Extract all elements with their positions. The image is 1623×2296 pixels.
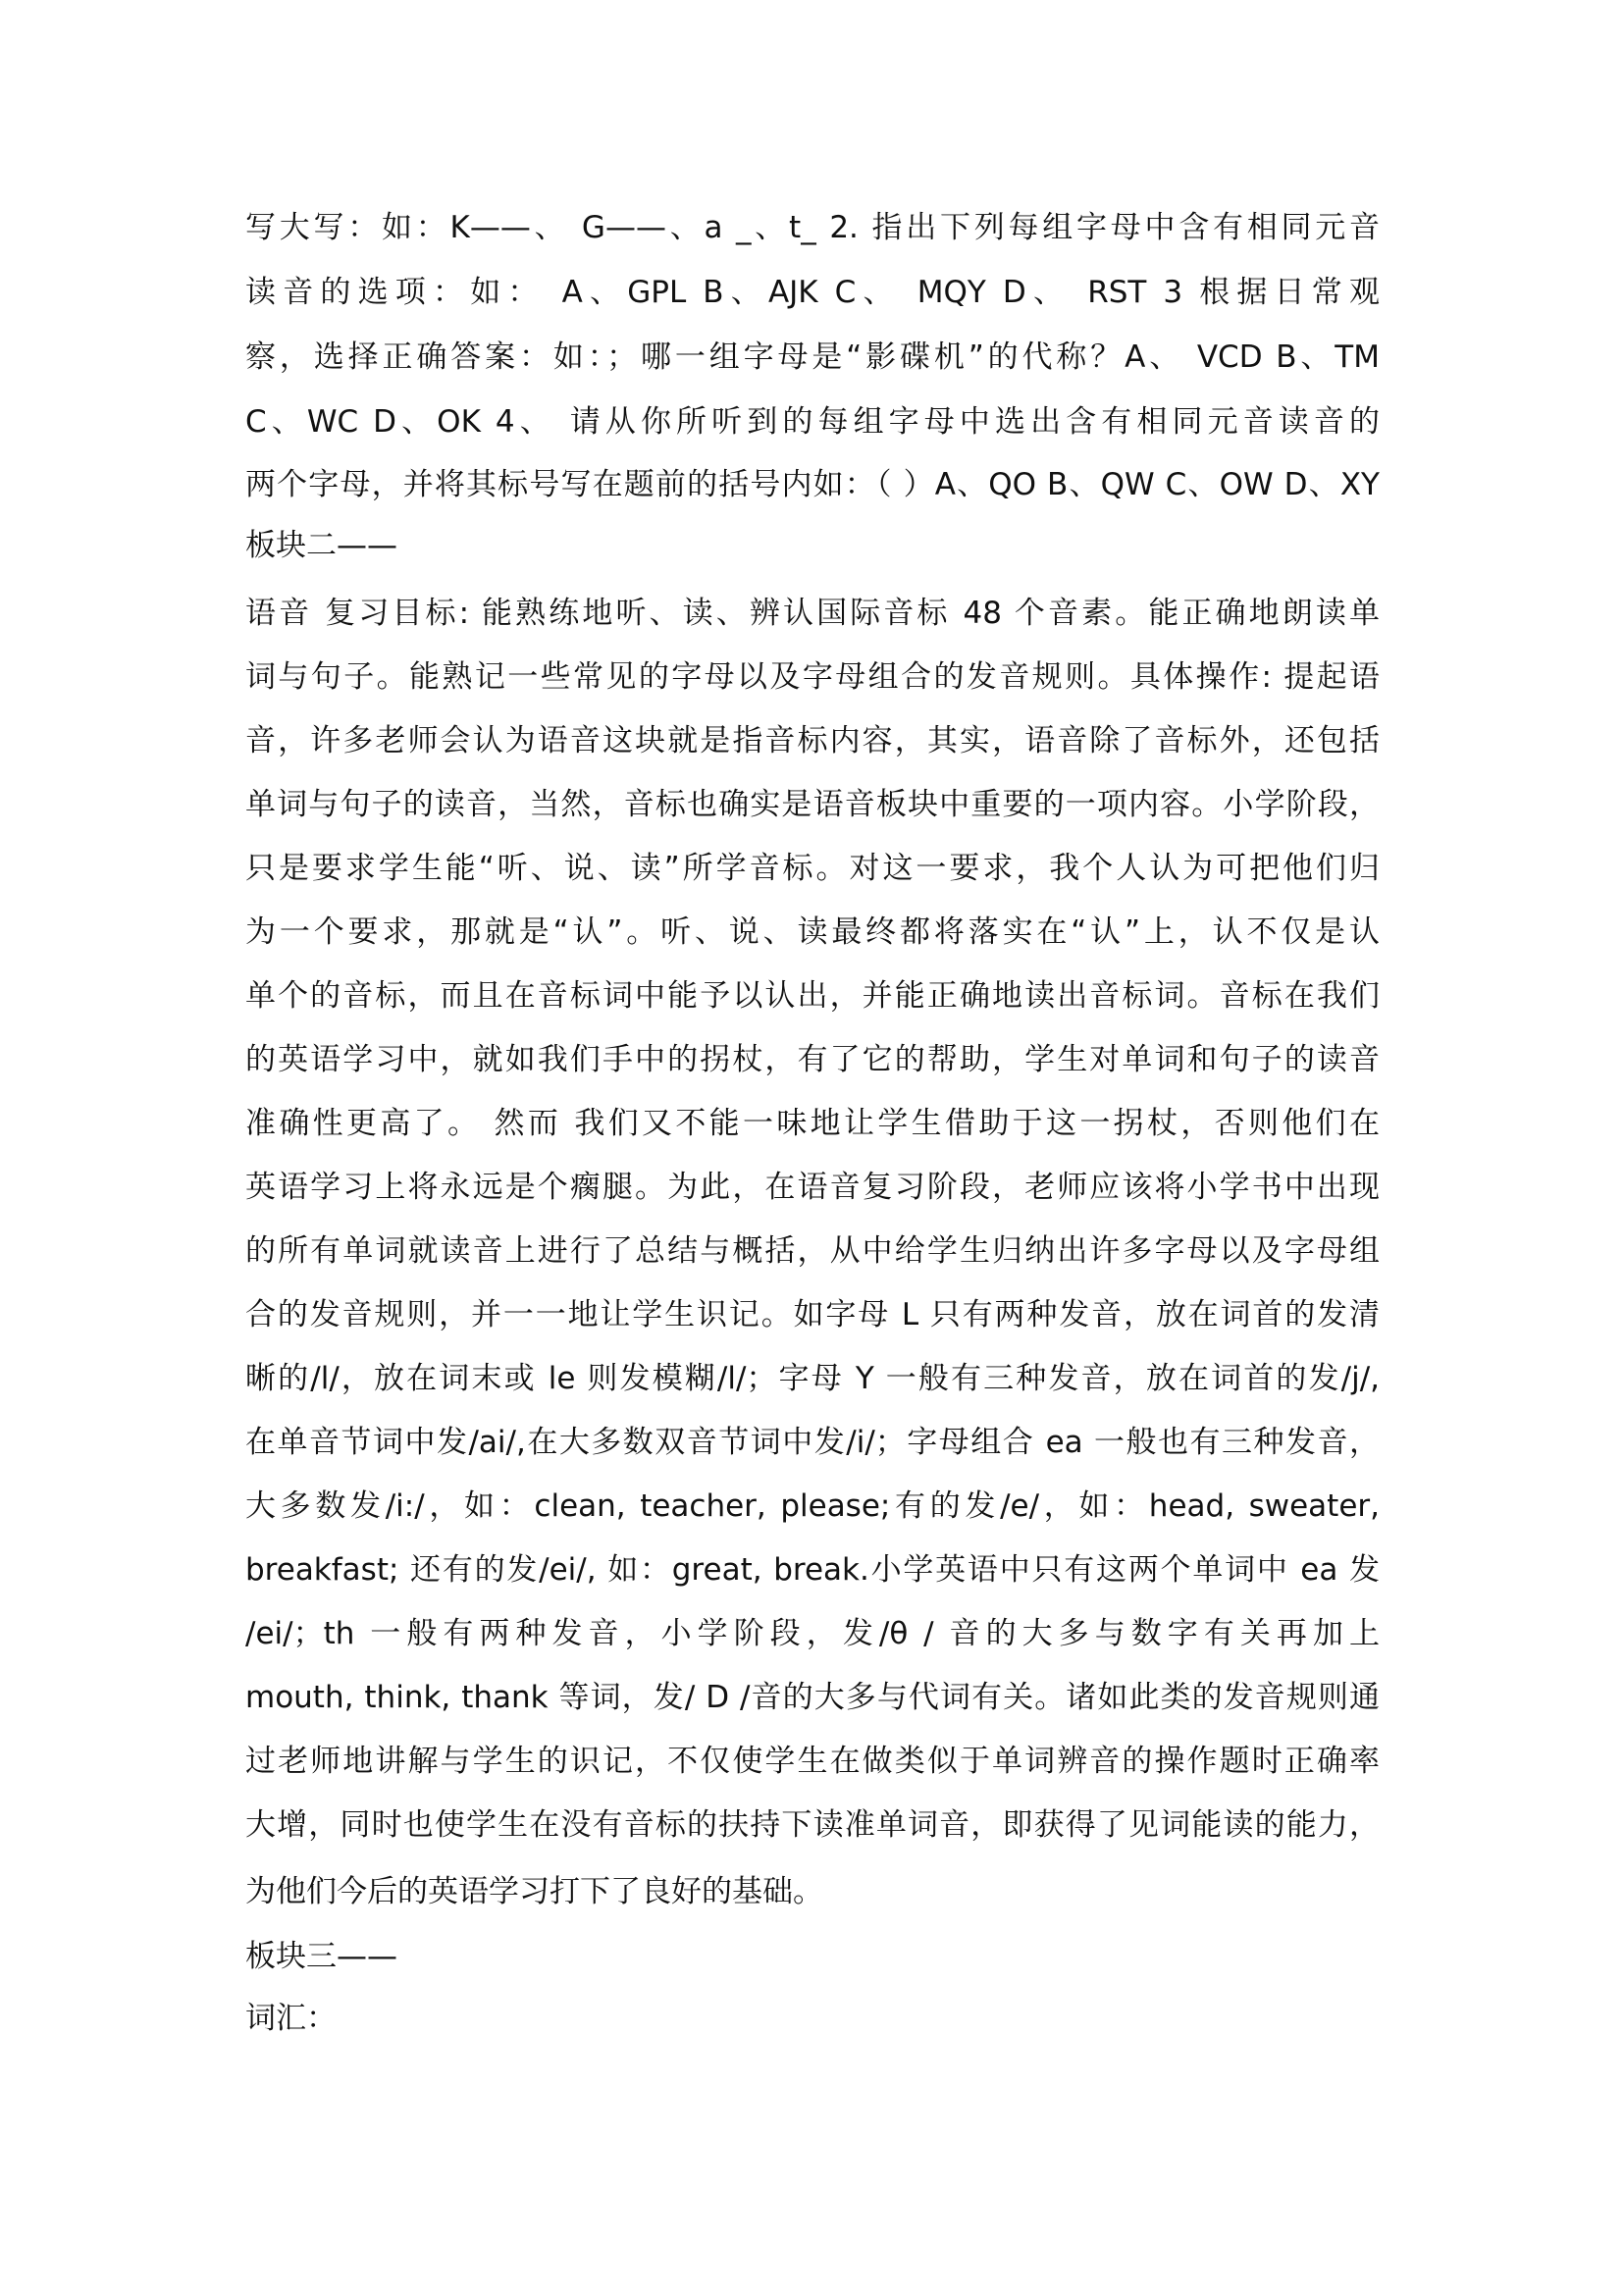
text-line: C、WC D、OK 4、 请从你所听到的每组字母中选出含有相同元音读音的 — [245, 400, 1380, 444]
text-line: 大增，同时也使学生在没有音标的扶持下读准单词音，即获得了见词能读的能力， — [245, 1803, 1380, 1847]
section-heading-vocabulary: 词汇： — [245, 1997, 1380, 2040]
text-line: 大多数发/i:/，如：clean, teacher, please;有的发/e/… — [245, 1485, 1380, 1528]
text-line: mouth, think, thank 等词，发/ D /音的大多与代词有关。诸… — [245, 1676, 1380, 1719]
text-line: /ei/；th 一般有两种发音，小学阶段，发/θ / 音的大多与数字有关再加上 — [245, 1612, 1380, 1655]
text-line: 在单音节词中发/ai/,在大多数双音节词中发/i/；字母组合 ea 一般也有三种… — [245, 1421, 1380, 1464]
text-line: 只是要求学生能“听、说、读”所学音标。对这一要求，我个人认为可把他们归 — [245, 847, 1380, 890]
text-line: 的英语学习中，就如我们手中的拐杖，有了它的帮助，学生对单词和句子的读音 — [245, 1038, 1380, 1081]
text-line: 过老师地讲解与学生的识记，不仅使学生在做类似于单词辨音的操作题时正确率 — [245, 1740, 1380, 1783]
text-line: 合的发音规则，并一一地让学生识记。如字母 L 只有两种发音，放在词首的发清 — [245, 1293, 1380, 1336]
text-line: 晰的/l/，放在词末或 le 则发模糊/l/；字母 Y 一般有三种发音，放在词首… — [245, 1357, 1380, 1400]
text-line: 单个的音标，而且在音标词中能予以认出，并能正确地读出音标词。音标在我们 — [245, 974, 1380, 1018]
text-line: 为他们今后的英语学习打下了良好的基础。 — [245, 1870, 1380, 1913]
text-line: 英语学习上将永远是个瘸腿。为此，在语音复习阶段，老师应该将小学书中出现 — [245, 1166, 1380, 1209]
text-line: 单词与句子的读音，当然，音标也确实是语音板块中重要的一项内容。小学阶段， — [245, 783, 1380, 826]
text-line: 音，许多老师会认为语音这块就是指音标内容，其实，语音除了音标外，还包括 — [245, 719, 1380, 762]
text-line: 准确性更高了。 然而 我们又不能一味地让学生借助于这一拐杖，否则他们在 — [245, 1102, 1380, 1145]
text-line: 察，选择正确答案：如：；哪一组字母是“影碟机”的代称？A、 VCD B、TM — [245, 336, 1380, 379]
text-line: 读音的选项：如： A、GPL B、AJK C、 MQY D、 RST 3 根据日… — [245, 271, 1380, 314]
text-line: 语音 复习目标: 能熟练地听、读、辨认国际音标 48 个音素。能正确地朗读单 — [245, 592, 1380, 635]
section-heading-block-two: 板块二—— — [245, 524, 1380, 567]
text-line: 为一个要求，那就是“认”。听、说、读最终都将落实在“认”上，认不仅是认 — [245, 911, 1380, 954]
text-line: 两个字母，并将其标号写在题前的括号内如：（ ）A、QO B、QW C、OW D、… — [245, 463, 1380, 506]
section-heading-block-three: 板块三—— — [245, 1935, 1380, 1978]
text-line: 词与句子。能熟记一些常见的字母以及字母组合的发音规则。具体操作: 提起语 — [245, 655, 1380, 699]
text-line: breakfast; 还有的发/ei/, 如：great, break.小学英语… — [245, 1548, 1380, 1592]
text-line: 的所有单词就读音上进行了总结与概括，从中给学生归纳出许多字母以及字母组 — [245, 1229, 1380, 1273]
text-line: 写大写：如：K——、 G——、a _、t_ 2. 指出下列每组字母中含有相同元音 — [245, 206, 1380, 249]
